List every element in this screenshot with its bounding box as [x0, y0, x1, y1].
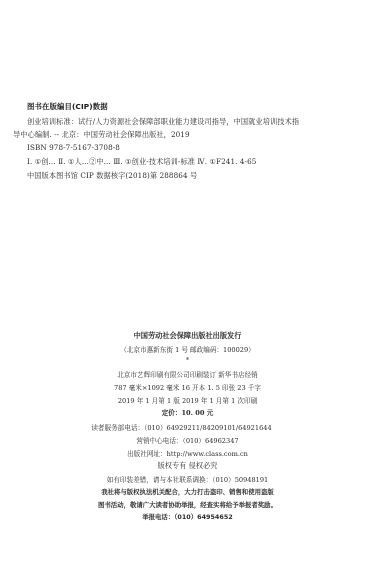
publisher-address: （北京市惠新东街 1 号 邮政编码：100029） [0, 344, 375, 354]
reader-service-phone: 读者服务部电话：（010）64929211/84209101/64921644 [0, 422, 369, 432]
marketing-phone: 营销中心电话：（010）64962347 [0, 435, 375, 445]
price: 定价：10. 00 元 [0, 407, 375, 417]
classification-line: Ⅰ. ①创… Ⅱ. ①人…②中… Ⅲ. ①创业-技术培训-标准 Ⅳ. ①F241… [27, 157, 256, 167]
report-phone: 举报电话：（010）64954652 [0, 512, 375, 521]
printer-line: 北京市艺辉印刷有限公司印刷装订 新华书店经销 [0, 369, 375, 379]
publisher-line: 中国劳动社会保障出版社出版发行 [0, 331, 375, 341]
publisher-website: 出版社网址：http://www.class.com.cn [0, 448, 375, 458]
anti-piracy-line-1: 我社将与版权执法机关配合，大力打击盗印、销售和使用盗版 [0, 487, 375, 496]
cip-description-line-1: 创业培训标准：试行/人力资源社会保障部职业能力建设司指导，中国就业培训技术指 [27, 117, 299, 127]
edition-line: 2019 年 1 月第 1 版 2019 年 1 月第 1 次印刷 [0, 395, 375, 405]
separator-asterisk: * [0, 356, 375, 364]
cip-number: 中国版本图书馆 CIP 数据核字(2018)第 288864 号 [27, 171, 197, 181]
specs-line: 787 毫米×1092 毫米 16 开本 1. 5 印张 23 千字 [0, 382, 375, 392]
misprint-contact: 如有印装差错，请与本社联系调换：（010）50948191 [0, 474, 375, 484]
cip-description-line-2: 导中心编制. -- 北京：中国劳动社会保障出版社，2019 [13, 130, 190, 140]
anti-piracy-line-2: 图书活动，敬请广大读者协助举报，经查实将给予举报者奖励。 [0, 500, 375, 509]
cip-heading: 图书在版编目(CIP)数据 [27, 101, 108, 112]
copyright-notice: 版权专有 侵权必究 [0, 461, 375, 471]
isbn: ISBN 978-7-5167-3708-8 [27, 143, 120, 152]
